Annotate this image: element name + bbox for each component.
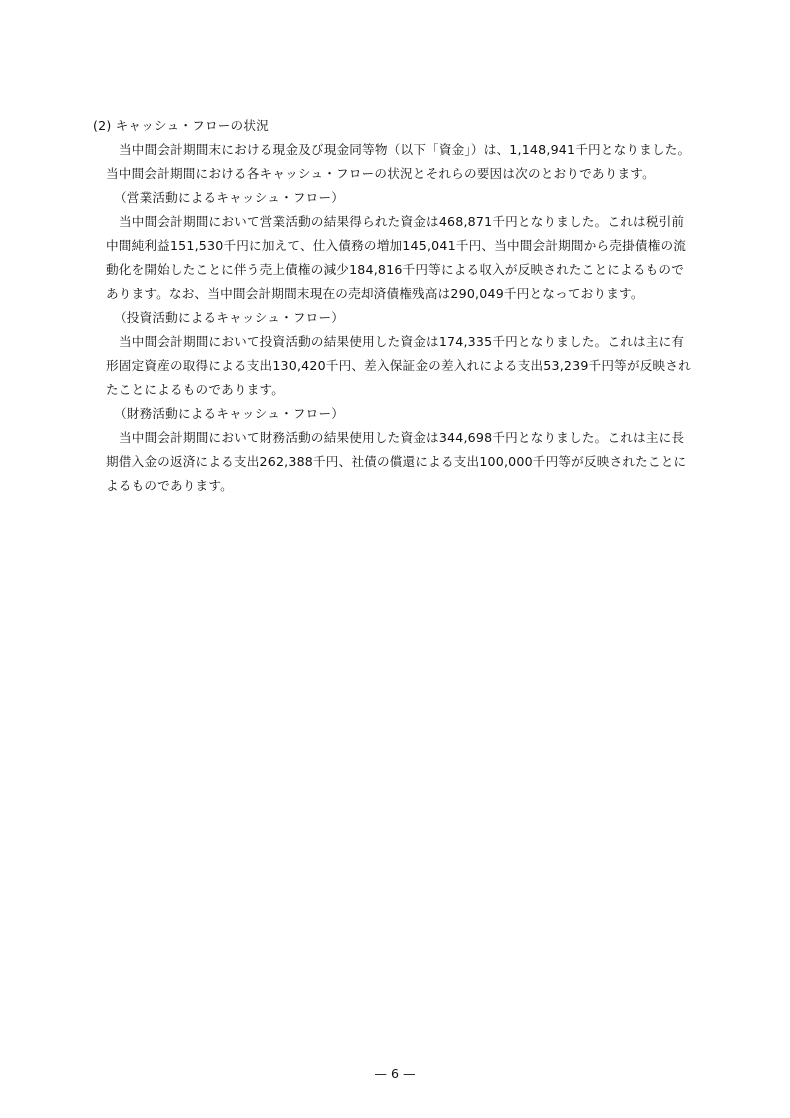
financing-cf-heading: （財務活動によるキャッシュ・フロー）	[114, 406, 344, 422]
operating-cf-line: 当中間会計期間において営業活動の結果得られた資金は468,871千円となりました…	[119, 214, 684, 230]
financing-cf-line: よるものであります。	[106, 478, 233, 494]
intro-paragraph-line: 当中間会計期間末における現金及び現金同等物（以下「資金」）は、1,148,941…	[119, 142, 690, 158]
document-page: (2) キャッシュ・フローの状況 当中間会計期間末における現金及び現金同等物（以…	[0, 0, 790, 1118]
section-heading: (2) キャッシュ・フローの状況	[93, 118, 269, 134]
financing-cf-line: 期借入金の返済による支出262,388千円、社債の償還による支出100,000千…	[106, 454, 686, 470]
investing-cf-line: 形固定資産の取得による支出130,420千円、差入保証金の差入れによる支出53,…	[106, 358, 691, 374]
investing-cf-heading: （投資活動によるキャッシュ・フロー）	[114, 310, 344, 326]
operating-cf-line: あります。なお、当中間会計期間末現在の売却済債権残高は290,049千円となって…	[106, 286, 644, 302]
investing-cf-line: たことによるものであります。	[106, 382, 284, 398]
page-number: — 6 —	[0, 1066, 790, 1082]
investing-cf-line: 当中間会計期間において投資活動の結果使用した資金は174,335千円となりました…	[119, 334, 684, 350]
intro-paragraph-line: 当中間会計期間における各キャッシュ・フローの状況とそれらの要因は次のとおりであり…	[106, 166, 655, 182]
operating-cf-heading: （営業活動によるキャッシュ・フロー）	[114, 190, 344, 206]
operating-cf-line: 動化を開始したことに伴う売上債権の減少184,816千円等による収入が反映された…	[106, 262, 684, 278]
operating-cf-line: 中間純利益151,530千円に加えて、仕入債務の増加145,041千円、当中間会…	[106, 238, 686, 254]
financing-cf-line: 当中間会計期間において財務活動の結果使用した資金は344,698千円となりました…	[119, 430, 684, 446]
